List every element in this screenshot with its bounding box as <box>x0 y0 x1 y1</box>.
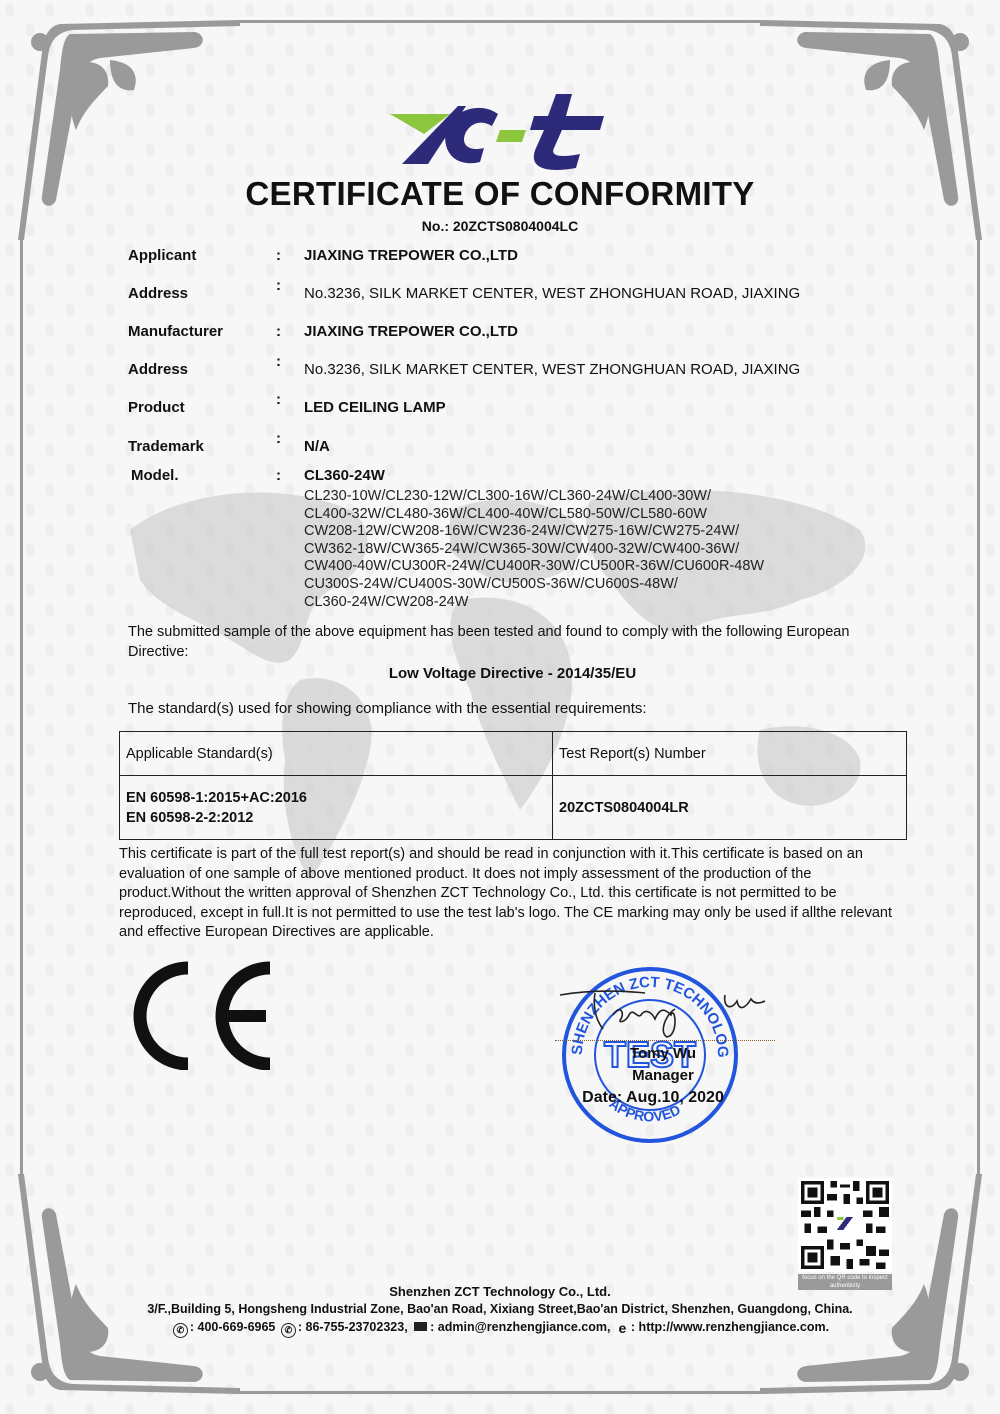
footer-address: 3/F.,Building 5, Hongsheng Industrial Zo… <box>0 1302 1000 1316</box>
compliance-intro: The submitted sample of the above equipm… <box>128 622 898 662</box>
footer-web[interactable]: : http://www.renzhengjiance.com. <box>631 1320 829 1334</box>
phone-icon: ✆ <box>173 1323 188 1338</box>
model-line: CW208-12W/CW208-16W/CW236-24W/CW275-16W/… <box>304 523 764 541</box>
footer-phone1: : 400-669-6965 <box>190 1320 275 1334</box>
standards-intro: The standard(s) used for showing complia… <box>128 699 647 719</box>
header-applicable-standards: Applicable Standard(s) <box>120 732 553 776</box>
table-header-row: Applicable Standard(s) Test Report(s) Nu… <box>120 732 907 776</box>
field-label: Trademark <box>128 438 204 455</box>
disclaimer: This certificate is part of the full tes… <box>119 845 909 943</box>
standards-table: Applicable Standard(s) Test Report(s) Nu… <box>119 731 907 840</box>
report-number-cell: 20ZCTS0804004LR <box>553 776 907 840</box>
certificate-number: No.: 20ZCTS0804004LC <box>0 218 1000 234</box>
border-left <box>20 240 23 1174</box>
standard-item: EN 60598-1:2015+AC:2016 <box>126 790 546 806</box>
field-colon: : <box>276 391 281 408</box>
field-colon: : <box>276 353 281 370</box>
field-value: CL360-24W <box>304 467 385 484</box>
field-label: Model. <box>131 467 179 484</box>
field-label: Address <box>128 285 188 302</box>
header-test-report-number: Test Report(s) Number <box>553 732 907 776</box>
field-colon: : <box>276 277 281 294</box>
certificate-title: CERTIFICATE OF CONFORMITY <box>0 175 1000 213</box>
field-value: No.3236, SILK MARKET CENTER, WEST ZHONGH… <box>304 285 800 302</box>
field-value: JIAXING TREPOWER CO.,LTD <box>304 247 518 264</box>
field-colon: : <box>276 467 281 484</box>
border-top <box>240 20 760 23</box>
footer-company: Shenzhen ZCT Technology Co., Ltd. <box>0 1284 1000 1299</box>
qr-code[interactable] <box>798 1178 892 1272</box>
border-right <box>977 240 980 1174</box>
model-line: CW362-18W/CW365-24W/CW365-30W/CW400-32W/… <box>304 541 764 559</box>
field-value: JIAXING TREPOWER CO.,LTD <box>304 323 518 340</box>
field-label: Product <box>128 399 185 416</box>
field-colon: : <box>276 247 281 264</box>
field-colon: : <box>276 323 281 340</box>
model-line: CW400-40W/CU300R-24W/CU400R-30W/CU500R-3… <box>304 558 764 576</box>
signer-title: Manager <box>563 1067 763 1084</box>
table-row: EN 60598-1:2015+AC:2016 EN 60598-2-2:201… <box>120 776 907 840</box>
phone-icon: ✆ <box>281 1323 296 1338</box>
field-label: Address <box>128 361 188 378</box>
web-icon: e <box>616 1322 629 1335</box>
email-icon <box>414 1322 427 1331</box>
ce-mark-icon <box>120 960 280 1070</box>
zct-logo <box>388 92 613 174</box>
field-value: N/A <box>304 438 330 455</box>
field-label: Applicant <box>128 247 196 264</box>
field-value: No.3236, SILK MARKET CENTER, WEST ZHONGH… <box>304 361 800 378</box>
field-value: LED CEILING LAMP <box>304 399 446 416</box>
footer-email[interactable]: : admin@renzhengjiance.com, <box>430 1320 610 1334</box>
footer-phone2: : 86-755-23702323, <box>298 1320 408 1334</box>
model-line: CU300S-24W/CU400S-30W/CU500S-36W/CU600S-… <box>304 576 764 594</box>
standard-item: EN 60598-2-2:2012 <box>126 810 546 826</box>
field-colon: : <box>276 430 281 447</box>
certificate-page: CERTIFICATE OF CONFORMITY No.: 20ZCTS080… <box>0 0 1000 1414</box>
border-bottom <box>240 1391 760 1394</box>
field-label: Manufacturer <box>128 323 223 340</box>
signature-scribble <box>555 985 775 1040</box>
model-line: CL400-32W/CL480-36W/CL400-40W/CL580-50W/… <box>304 506 764 524</box>
footer-contact: ✆: 400-669-6965 ✆: 86-755-23702323, : ad… <box>0 1320 1000 1338</box>
standards-cell: EN 60598-1:2015+AC:2016 EN 60598-2-2:201… <box>120 776 553 840</box>
model-list: CL230-10W/CL230-12W/CL300-16W/CL360-24W/… <box>304 488 764 611</box>
directive: Low Voltage Directive - 2014/35/EU <box>0 665 1000 682</box>
signature-date: Date: Aug.10, 2020 <box>553 1089 753 1107</box>
signer-name: Tomy Wu <box>563 1045 763 1062</box>
model-line: CL360-24W/CW208-24W <box>304 594 764 612</box>
signature-line <box>555 1040 775 1041</box>
model-line: CL230-10W/CL230-12W/CL300-16W/CL360-24W/… <box>304 488 764 506</box>
